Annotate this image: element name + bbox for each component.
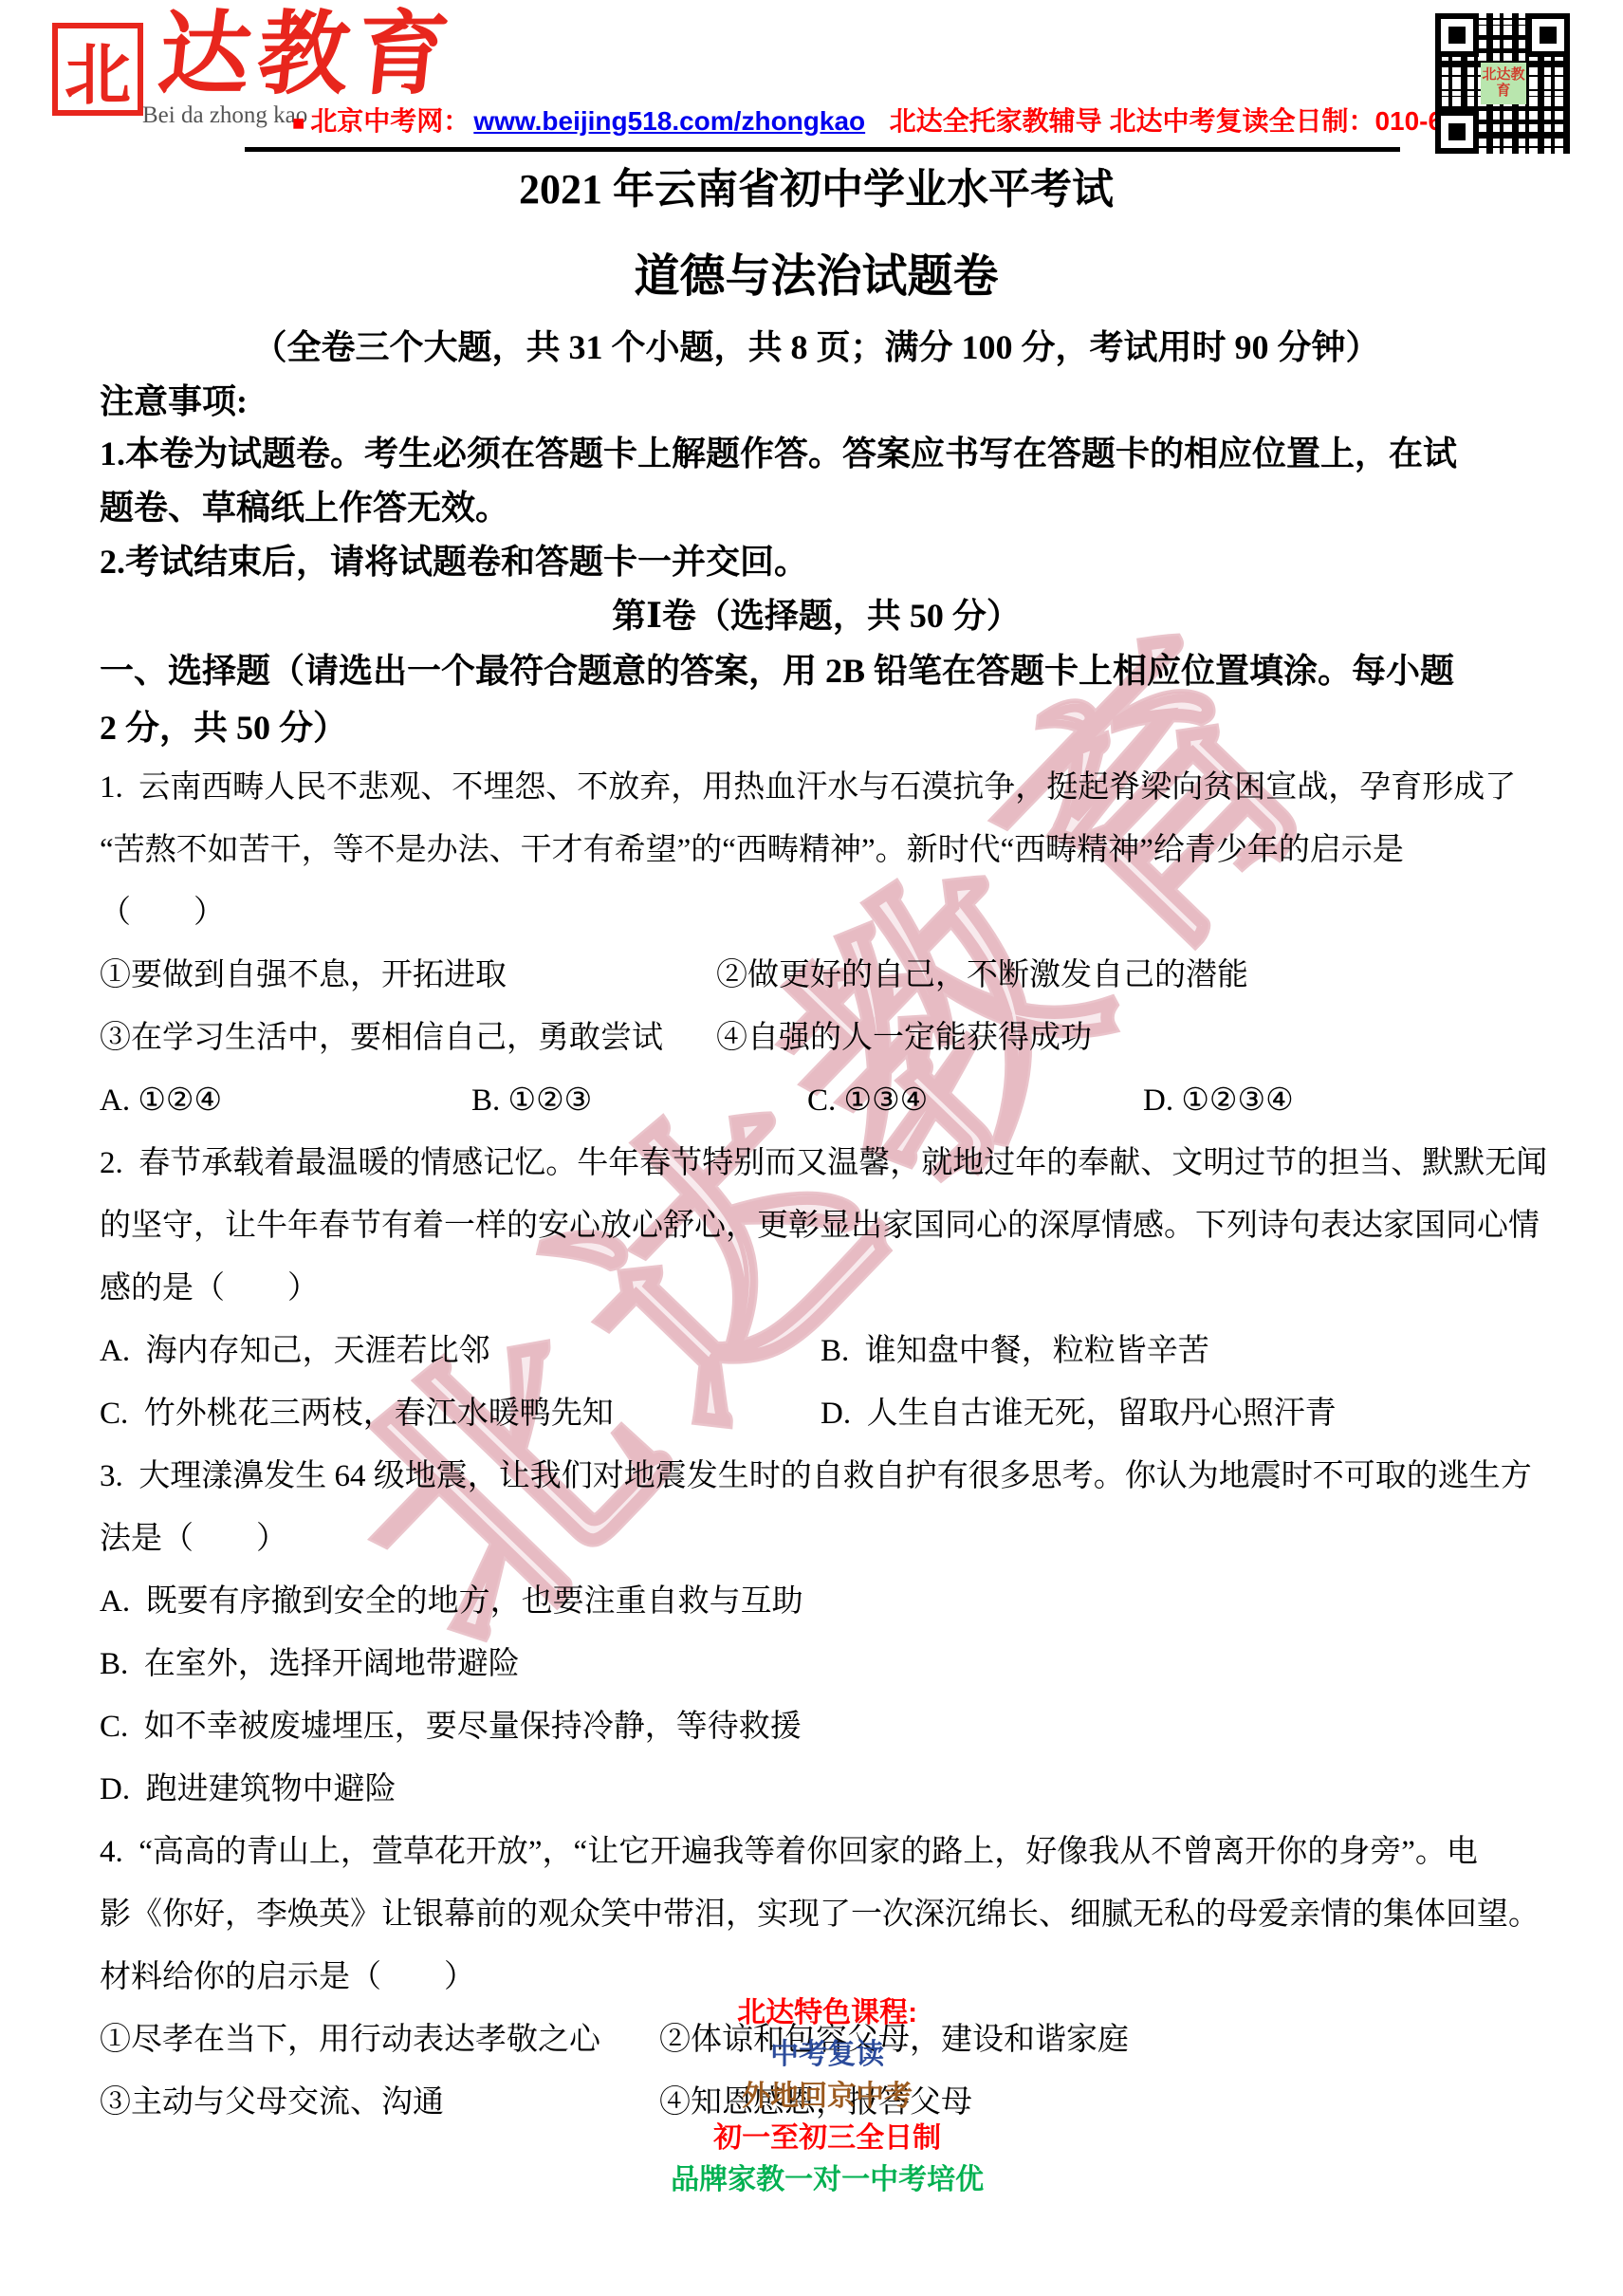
- q1-options-row: A. ①②④ B. ①②③ C. ①③④ D. ①②③④: [100, 1069, 1533, 1132]
- q1-sub3: ③在学习生活中，要相信自己，勇敢尝试: [100, 1007, 716, 1069]
- part1-title: 第Ⅰ卷（选择题，共 50 分）: [100, 589, 1533, 642]
- q2-options-row1: A. 海内存知己，天涯若比邻 B. 谁知盘中餐，粒粒皆辛苦: [100, 1320, 1533, 1382]
- q3-option-d: D. 跑进建筑物中避险: [100, 1758, 1533, 1821]
- notice-item2: 2.考试结束后，请将试题卷和答题卡一并交回。: [100, 535, 1533, 589]
- q2-option-c: C. 竹外桃花三两枝，春江水暖鸭先知: [100, 1382, 821, 1445]
- question-3: 3. 大理漾濞发生 64 级地震，让我们对地震发生时的自救自护有很多思考。你认为…: [100, 1445, 1533, 1821]
- exam-paper-page: 北达教育 北 达教育 Bei da zhong kao ■ 北京中考网： www…: [0, 0, 1623, 2296]
- section-instr-line1: 一、选择题（请选出一个最符合题意的答案，用 2B 铅笔在答题卡上相应位置填涂。每…: [100, 642, 1533, 699]
- q1-option-d: D. ①②③④: [1143, 1069, 1533, 1132]
- footer-item-jiajiao-peiyou: 品牌家教一对一中考培优: [671, 2164, 984, 2195]
- q1-option-b: B. ①②③: [471, 1069, 807, 1132]
- footer-item-zhongkao-fudu: 中考复读: [770, 2039, 884, 2070]
- paper-subtitle: 道德与法治试题卷: [100, 250, 1533, 304]
- footer-label: 北达特色课程:: [737, 1997, 917, 2028]
- document-body: 2021 年云南省初中学业水平考试 道德与法治试题卷 （全卷三个大题，共 31 …: [0, 0, 1623, 2134]
- notice-heading: 注意事项:: [100, 376, 1533, 427]
- question-1: 1. 云南西畴人民不悲观、不埋怨、不放弃，用热血汗水与石漠抗争，挺起脊梁向贫困宣…: [100, 756, 1533, 1132]
- q4-stem-line2: 影《你好，李焕英》让银幕前的观众笑中带泪，实现了一次深沉绵长、细腻无私的母爱亲情…: [100, 1883, 1533, 1946]
- q2-option-b: B. 谁知盘中餐，粒粒皆辛苦: [821, 1320, 1533, 1382]
- notice-item1-line2: 题卷、草稿纸上作答无效。: [100, 481, 1533, 535]
- q2-options-row2: C. 竹外桃花三两枝，春江水暖鸭先知 D. 人生自古谁无死，留取丹心照汗青: [100, 1382, 1533, 1445]
- q1-option-c: C. ①③④: [807, 1069, 1143, 1132]
- exam-title: 2021 年云南省初中学业水平考试: [100, 163, 1533, 216]
- q3-stem-line1: 3. 大理漾濞发生 64 级地震，让我们对地震发生时的自救自护有很多思考。你认为…: [100, 1445, 1533, 1508]
- q1-sub4: ④自强的人一定能获得成功: [716, 1007, 1533, 1069]
- q2-stem-line3: 感的是（ ）: [100, 1257, 1533, 1320]
- q1-sub1: ①要做到自强不息，开拓进取: [100, 944, 716, 1007]
- q1-stem-line1: 1. 云南西畴人民不悲观、不埋怨、不放弃，用热血汗水与石漠抗争，挺起脊梁向贫困宣…: [100, 756, 1533, 819]
- q3-option-a: A. 既要有序撤到安全的地方，也要注重自救与互助: [100, 1570, 1533, 1633]
- q2-stem-line2: 的坚守，让牛年春节有着一样的安心放心舒心，更彰显出家国同心的深厚情感。下列诗句表…: [100, 1194, 1533, 1257]
- q1-option-a: A. ①②④: [100, 1069, 471, 1132]
- footer-promo-line: 北达特色课程: 中考复读 外地回京中考 初一至初三全日制 品牌家教一对一中考培优: [0, 1956, 1623, 2230]
- question-2: 2. 春节承载着最温暖的情感记忆。牛年春节特别而又温馨，就地过年的奉献、文明过节…: [100, 1132, 1533, 1445]
- q3-stem-line2: 法是（ ）: [100, 1508, 1533, 1570]
- q4-stem-line1: 4. “高高的青山上，萱草花开放”，“让它开遍我等着你回家的路上，好像我从不曾离…: [100, 1821, 1533, 1883]
- q2-option-a: A. 海内存知己，天涯若比邻: [100, 1320, 821, 1382]
- q1-answer-blank: （ ）: [100, 881, 1533, 944]
- q2-stem-line1: 2. 春节承载着最温暖的情感记忆。牛年春节特别而又温馨，就地过年的奉献、文明过节…: [100, 1132, 1533, 1194]
- q1-sub2: ②做更好的自己，不断激发自己的潜能: [716, 944, 1533, 1007]
- notice-item1-line1: 1.本卷为试题卷。考生必须在答题卡上解题作答。答案应书写在答题卡的相应位置上，在…: [100, 427, 1533, 481]
- q3-option-c: C. 如不幸被废墟埋压，要尽量保持冷静，等待救援: [100, 1695, 1533, 1758]
- q2-option-d: D. 人生自古谁无死，留取丹心照汗青: [821, 1382, 1533, 1445]
- q1-substatements-row2: ③在学习生活中，要相信自己，勇敢尝试 ④自强的人一定能获得成功: [100, 1007, 1533, 1069]
- section-instr-line2: 2 分，共 50 分）: [100, 699, 1533, 756]
- footer-item-waidi-huijing: 外地回京中考: [742, 2081, 913, 2112]
- paper-info-line: （全卷三个大题，共 31 个小题，共 8 页；满分 100 分，考试用时 90 …: [100, 324, 1533, 370]
- q3-option-b: B. 在室外，选择开阔地带避险: [100, 1633, 1533, 1695]
- footer-item-quanrizhi: 初一至初三全日制: [713, 2122, 941, 2154]
- q1-stem-line2: “苦熬不如苦干，等不是办法、干才有希望”的“西畴精神”。新时代“西畴精神”给青少…: [100, 819, 1533, 881]
- q1-substatements-row1: ①要做到自强不息，开拓进取 ②做更好的自己，不断激发自己的潜能: [100, 944, 1533, 1007]
